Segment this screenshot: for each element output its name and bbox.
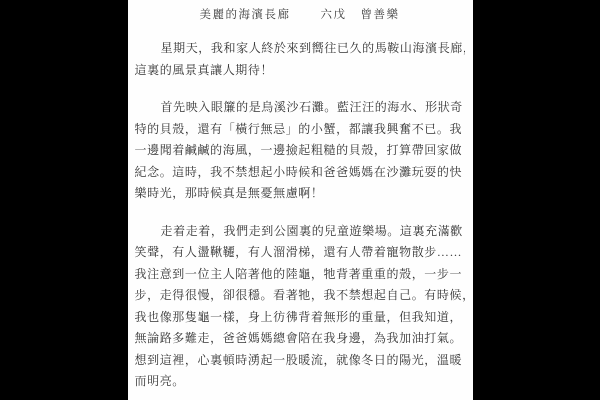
text-line: 我也像那隻龜一樣，身上彷彿背着無形的重量，但我知道， [135,307,465,329]
text-line: 這裏的風景真讓人期待！ [135,60,465,82]
paragraph-2: 首先映入眼簾的是烏溪沙石灘。藍汪汪的海水、形狀奇 特的貝殼，還有「橫行無忌」的小… [135,97,465,205]
text-line: 而明亮。 [135,371,465,393]
text-line: 特的貝殼，還有「橫行無忌」的小蟹，都讓我興奮不已。我 [135,119,465,141]
author-name: 曾善樂 [361,6,400,22]
document-title: 美麗的海濱長廊 [200,6,291,22]
text-line: 紀念。這時，我不禁想起小時候和爸爸媽媽在沙灘玩耍的快 [135,162,465,184]
text-line: 我注意到一位主人陪著他的陸龜，牠背著重重的殼，一步一 [135,264,465,286]
document-page: 美麗的海濱長廊 六戊 曾善樂 星期天，我和家人終於來到嚮往已久的馬鞍山海濱長廊，… [128,0,473,400]
text-line: 步，走得很慢，卻很穩。看著牠，我不禁想起自己。有時候， [135,285,465,307]
text-line: 走着走着，我們走到公園裏的兒童遊樂場。這裏充滿歡 [135,221,465,243]
text-line: 想到這裡，心裏頓時湧起一股暖流，就像冬日的陽光，溫暖 [135,350,465,372]
text-line: 首先映入眼簾的是烏溪沙石灘。藍汪汪的海水、形狀奇 [135,97,465,119]
text-line: 無論路多難走，爸爸媽媽總會陪在我身邊，為我加油打氣。 [135,328,465,350]
text-line: 樂時光，那時候真是無憂無慮啊！ [135,183,465,205]
paragraph-3: 走着走着，我們走到公園裏的兒童遊樂場。這裏充滿歡 笑聲，有人盪鞦韆，有人溜滑梯，… [135,221,465,393]
text-line: 一邊聞着鹹鹹的海風，一邊撿起粗糙的貝殼，打算帶回家做 [135,140,465,162]
document-header: 美麗的海濱長廊 六戊 曾善樂 [135,6,465,22]
text-line: 星期天，我和家人終於來到嚮往已久的馬鞍山海濱長廊， [135,38,465,60]
letterbox-background: 美麗的海濱長廊 六戊 曾善樂 星期天，我和家人終於來到嚮往已久的馬鞍山海濱長廊，… [0,0,600,400]
text-line: 笑聲，有人盪鞦韆，有人溜滑梯，還有人帶着寵物散步…… [135,242,465,264]
paragraph-1: 星期天，我和家人終於來到嚮往已久的馬鞍山海濱長廊， 這裏的風景真讓人期待！ [135,38,465,81]
class-label: 六戊 [321,6,347,22]
